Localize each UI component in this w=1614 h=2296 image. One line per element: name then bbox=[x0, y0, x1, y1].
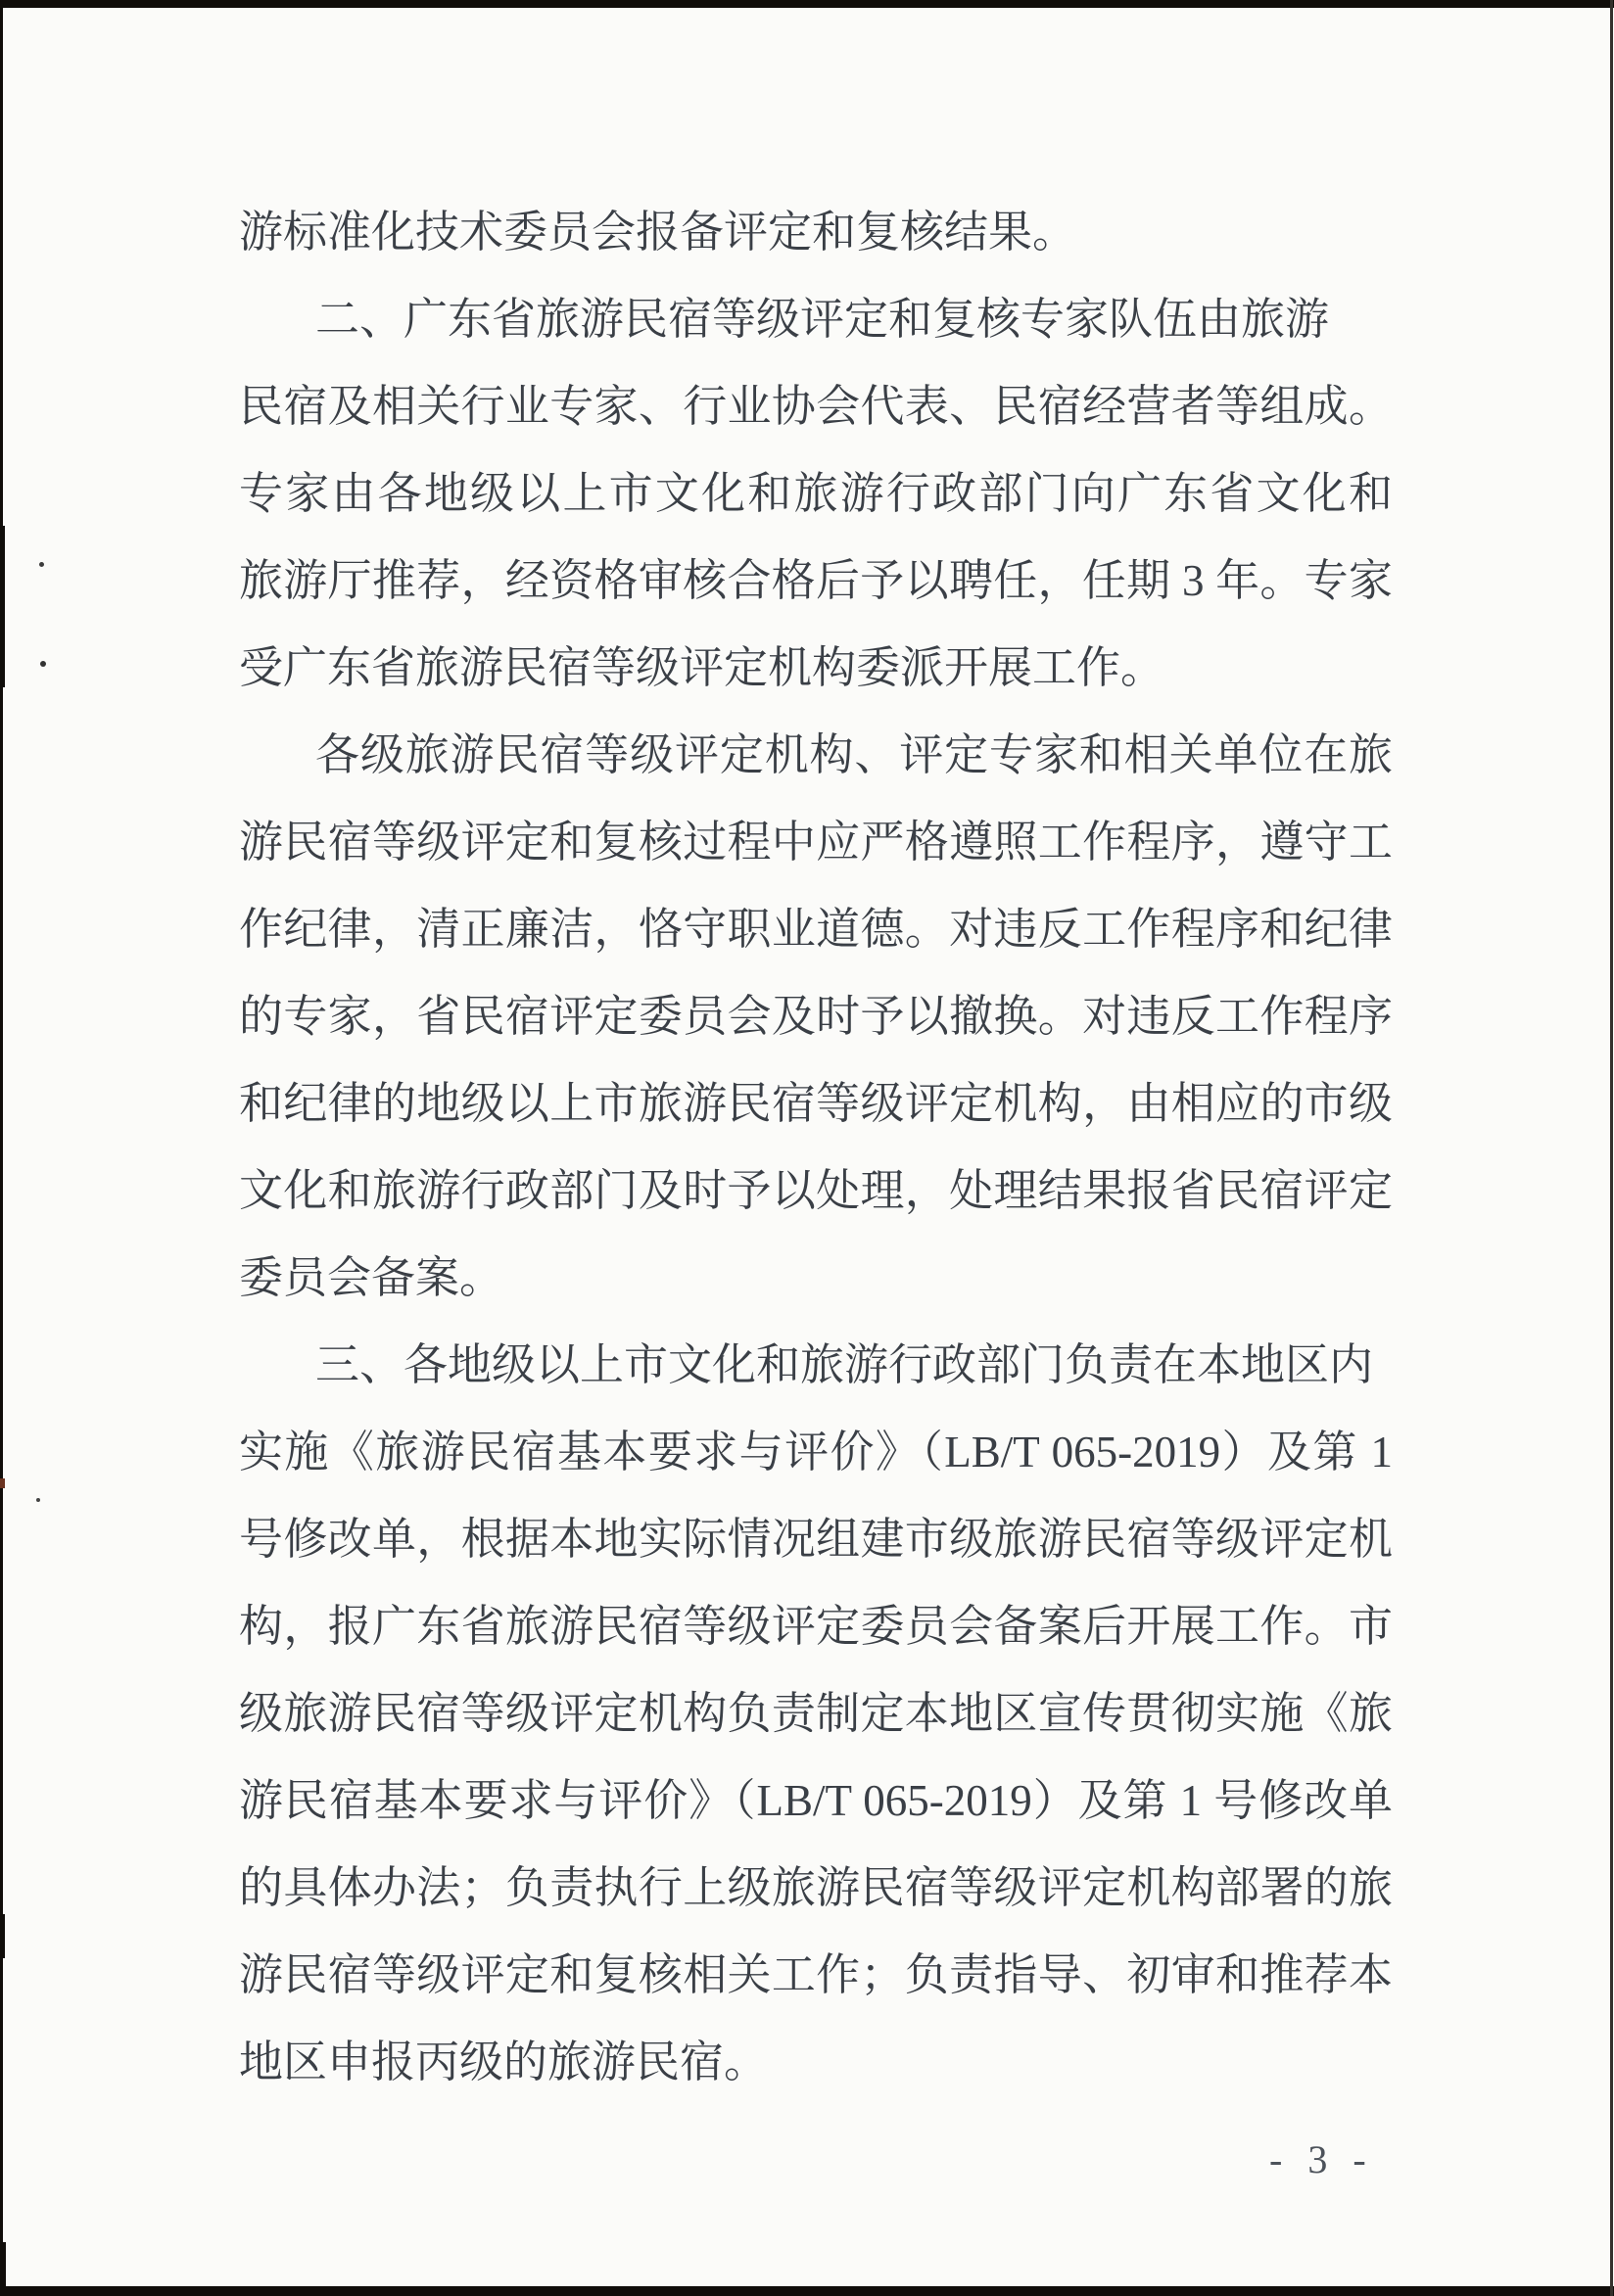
scan-border-right bbox=[1610, 0, 1613, 2296]
text-line: 各级旅游民宿等级评定机构、评定专家和相关单位在旅 bbox=[239, 712, 1393, 799]
scan-border-top bbox=[0, 0, 1614, 8]
text-line: 实施《旅游民宿基本要求与评价》（LB/T 065-2019）及第 1 bbox=[239, 1409, 1393, 1496]
text-line: 文化和旅游行政部门及时予以处理，处理结果报省民宿评定 bbox=[239, 1148, 1393, 1235]
scan-border-left-notch bbox=[0, 526, 5, 687]
scan-speck bbox=[39, 562, 44, 567]
text-line: 专家由各地级以上市文化和旅游行政部门向广东省文化和 bbox=[239, 450, 1393, 538]
scan-border-left-notch bbox=[0, 1914, 5, 1958]
text-line: 作纪律，清正廉洁，恪守职业道德。对违反工作程序和纪律 bbox=[239, 886, 1393, 973]
text-line: 游民宿基本要求与评价》（LB/T 065-2019）及第 1 号修改单 bbox=[239, 1757, 1393, 1845]
text-line: 委员会备案。 bbox=[239, 1235, 1393, 1322]
text-line: 和纪律的地级以上市旅游民宿等级评定机构，由相应的市级 bbox=[239, 1060, 1393, 1148]
text-line: 二、广东省旅游民宿等级评定和复核专家队伍由旅游 bbox=[239, 276, 1393, 363]
text-line: 地区申报丙级的旅游民宿。 bbox=[239, 2019, 1393, 2106]
scan-border-left-notch bbox=[0, 2242, 6, 2296]
text-line: 的具体办法；负责执行上级旅游民宿等级评定机构部署的旅 bbox=[239, 1845, 1393, 1932]
text-line: 受广东省旅游民宿等级评定机构委派开展工作。 bbox=[239, 625, 1393, 712]
text-line: 级旅游民宿等级评定机构负责制定本地区宣传贯彻实施《旅 bbox=[239, 1670, 1393, 1757]
page-number: - 3 - bbox=[1269, 2136, 1374, 2182]
scan-border-left-notch bbox=[0, 1478, 5, 1488]
text-line: 民宿及相关行业专家、行业协会代表、民宿经营者等组成。 bbox=[239, 363, 1393, 450]
scan-speck bbox=[36, 1498, 40, 1502]
text-line: 游民宿等级评定和复核过程中应严格遵照工作程序，遵守工 bbox=[239, 799, 1393, 886]
text-line: 游民宿等级评定和复核相关工作；负责指导、初审和推荐本 bbox=[239, 1932, 1393, 2019]
text-line: 的专家，省民宿评定委员会及时予以撤换。对违反工作程序 bbox=[239, 973, 1393, 1060]
text-line: 构，报广东省旅游民宿等级评定委员会备案后开展工作。市 bbox=[239, 1583, 1393, 1670]
text-line: 游标准化技术委员会报备评定和复核结果。 bbox=[239, 189, 1393, 276]
scan-speck bbox=[40, 661, 46, 667]
scan-border-bottom bbox=[0, 2286, 1614, 2296]
text-line: 旅游厅推荐，经资格审核合格后予以聘任，任期 3 年。专家 bbox=[239, 538, 1393, 625]
text-line: 号修改单，根据本地实际情况组建市级旅游民宿等级评定机 bbox=[239, 1496, 1393, 1583]
text-line: 三、各地级以上市文化和旅游行政部门负责在本地区内 bbox=[239, 1322, 1393, 1409]
scanned-document-page: 游标准化技术委员会报备评定和复核结果。二、广东省旅游民宿等级评定和复核专家队伍由… bbox=[0, 0, 1614, 2296]
body-text: 游标准化技术委员会报备评定和复核结果。二、广东省旅游民宿等级评定和复核专家队伍由… bbox=[239, 189, 1393, 2106]
